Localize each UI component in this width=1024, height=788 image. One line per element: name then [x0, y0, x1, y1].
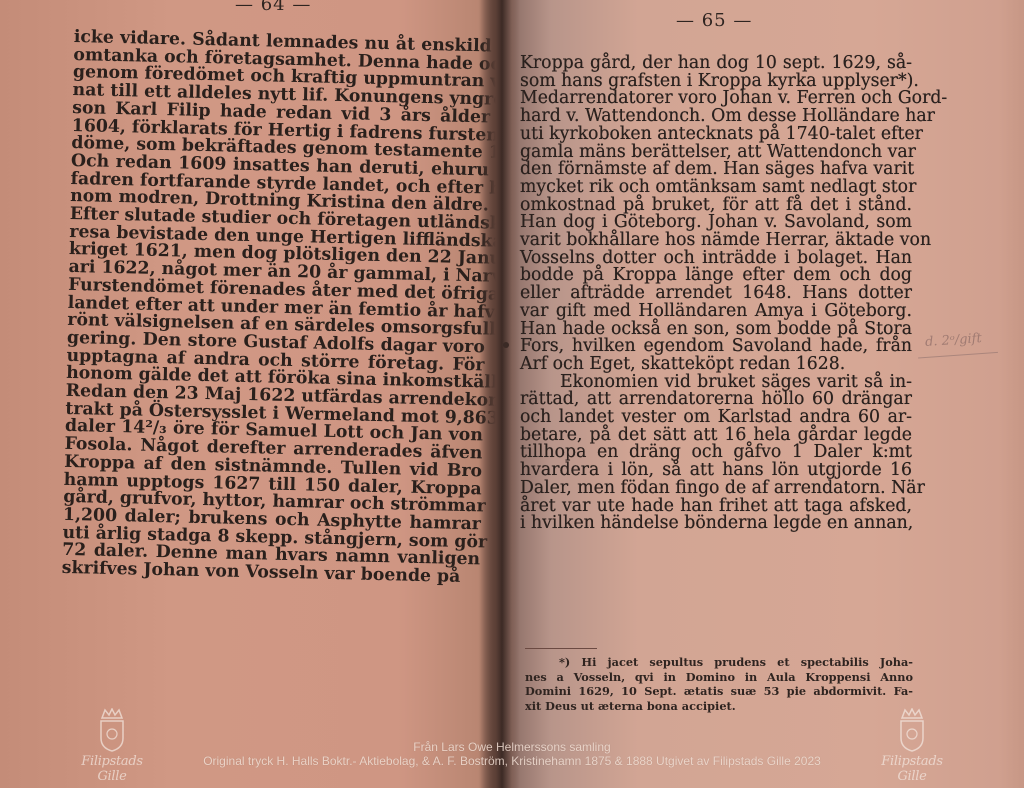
text-line: i hvilken händelse bönderna legde en ann… [520, 515, 912, 533]
book-gutter [480, 0, 520, 788]
left-page: — 64 — icke vidare. Sådant lemnades nu å… [0, 0, 498, 788]
text-line: Arf och Eget, skatteköpt redan 1628. [520, 356, 912, 374]
watermark-line-1: Från Lars Owe Helmerssons samling [0, 740, 1024, 754]
left-page-number: — 64 — [235, 0, 311, 15]
book-spread: — 64 — icke vidare. Sådant lemnades nu å… [0, 0, 1024, 788]
right-page-number: — 65 — [676, 10, 752, 31]
watermark-caption: Från Lars Owe Helmerssons samling Origin… [0, 740, 1024, 768]
text-line: nes a Vosseln, qvi in Domino in Aula Kro… [525, 670, 913, 685]
left-page-text: icke vidare. Sådant lemnades nu åt enski… [62, 29, 492, 587]
right-page-text: Kroppa gård, der han dog 10 sept. 1629, … [520, 55, 912, 533]
ink-mark [503, 342, 509, 348]
footnote: *) Hi jacet sepultus prudens et spectabi… [525, 655, 913, 713]
text-line: mycket rik och omtänksam samt nedlagt st… [520, 179, 912, 197]
text-line: Domini 1629, 10 Sept. ætatis suæ 53 pie … [525, 684, 913, 699]
text-line: var gift med Holländaren Amya i Göteborg… [520, 303, 912, 321]
text-line: Daler, men födan fingo de af arrendatorn… [520, 480, 912, 498]
footnote-divider [525, 648, 597, 649]
text-line: xit Deus ut æterna bona accipiet. [525, 699, 913, 714]
watermark-line-2: Original tryck H. Halls Boktr.- Aktiebol… [0, 754, 1024, 768]
text-line: *) Hi jacet sepultus prudens et spectabi… [525, 655, 913, 670]
text-line: uti kyrkoboken antecknats på 1740-talet … [520, 126, 912, 144]
